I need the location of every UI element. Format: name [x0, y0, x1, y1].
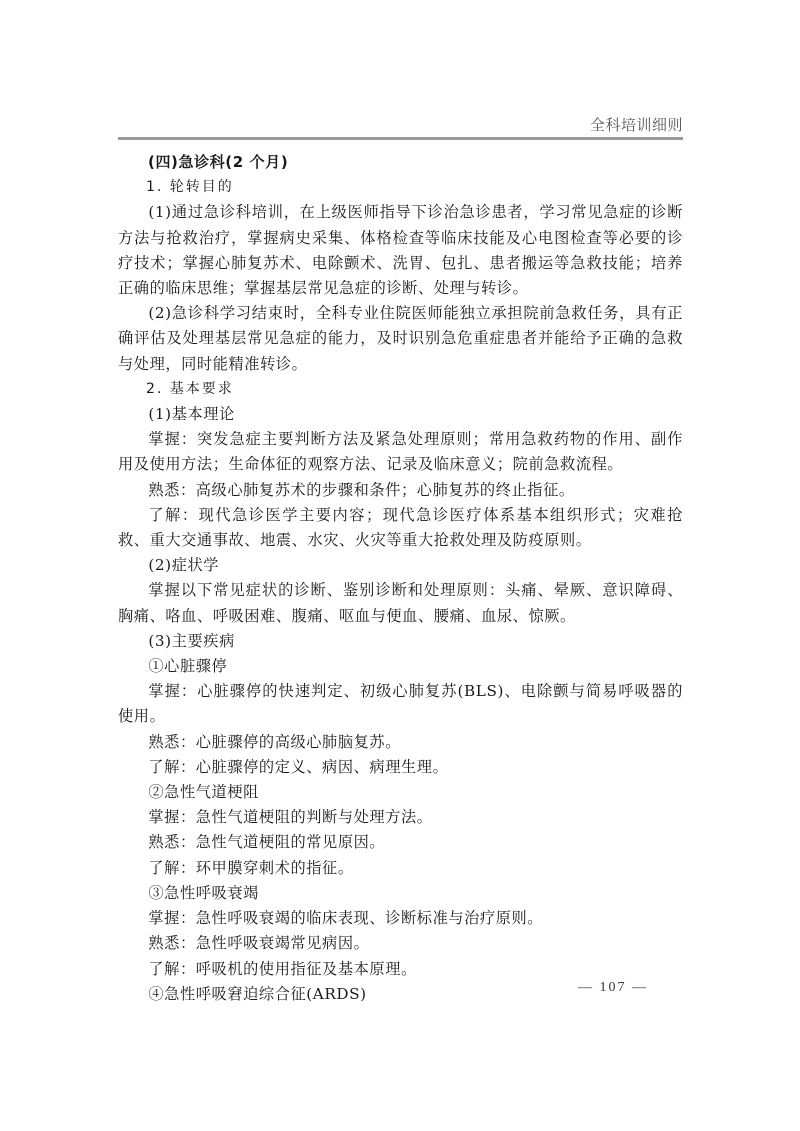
disease-1-familiar: 熟悉：心脏骤停的高级心肺脑复苏。 [118, 730, 683, 755]
section-title: (四)急诊科(2 个月) [118, 150, 683, 175]
disease-3-understand: 了解：呼吸机的使用指征及基本原理。 [118, 957, 683, 982]
disease-1-title: ①心脏骤停 [118, 654, 683, 679]
page-body: (四)急诊科(2 个月) 1. 轮转目的 (1)通过急诊科培训，在上级医师指导下… [118, 150, 683, 1007]
disease-2-master: 掌握：急性气道梗阻的判断与处理方法。 [118, 805, 683, 830]
header-rule [118, 137, 683, 140]
theory-master: 掌握：突发急症主要判断方法及紧急处理原则；常用急救药物的作用、副作用及使用方法；… [118, 427, 683, 477]
running-head-title: 全科培训细则 [590, 114, 683, 135]
disease-3-title: ③急性呼吸衰竭 [118, 881, 683, 906]
diseases-heading: (3)主要疾病 [118, 629, 683, 654]
purpose-heading: 1. 轮转目的 [118, 175, 683, 200]
theory-familiar: 熟悉：高级心肺复苏术的步骤和条件；心肺复苏的终止指征。 [118, 478, 683, 503]
symptoms-master: 掌握以下常见症状的诊断、鉴别诊断和处理原则：头痛、晕厥、意识障碍、胸痛、咯血、呼… [118, 578, 683, 628]
requirements-heading: 2. 基本要求 [118, 377, 683, 402]
disease-1-master: 掌握：心脏骤停的快速判定、初级心肺复苏(BLS)、电除颤与简易呼吸器的使用。 [118, 679, 683, 729]
purpose-paragraph-1: (1)通过急诊科培训，在上级医师指导下诊治急诊患者，学习常见急症的诊断方法与抢救… [118, 200, 683, 301]
disease-2-understand: 了解：环甲膜穿刺术的指征。 [118, 856, 683, 881]
disease-2-familiar: 熟悉：急性气道梗阻的常见原因。 [118, 830, 683, 855]
disease-2-title: ②急性气道梗阻 [118, 780, 683, 805]
symptoms-heading: (2)症状学 [118, 553, 683, 578]
disease-3-master: 掌握：急性呼吸衰竭的临床表现、诊断标准与治疗原则。 [118, 906, 683, 931]
disease-3-familiar: 熟悉：急性呼吸衰竭常见病因。 [118, 931, 683, 956]
purpose-paragraph-2: (2)急诊科学习结束时，全科专业住院医师能独立承担院前急救任务，具有正确评估及处… [118, 301, 683, 377]
page-number: — 107 — [578, 980, 648, 996]
disease-1-understand: 了解：心脏骤停的定义、病因、病理生理。 [118, 755, 683, 780]
theory-heading: (1)基本理论 [118, 402, 683, 427]
theory-understand: 了解：现代急诊医学主要内容；现代急诊医疗体系基本组织形式；灾难抢救、重大交通事故… [118, 503, 683, 553]
